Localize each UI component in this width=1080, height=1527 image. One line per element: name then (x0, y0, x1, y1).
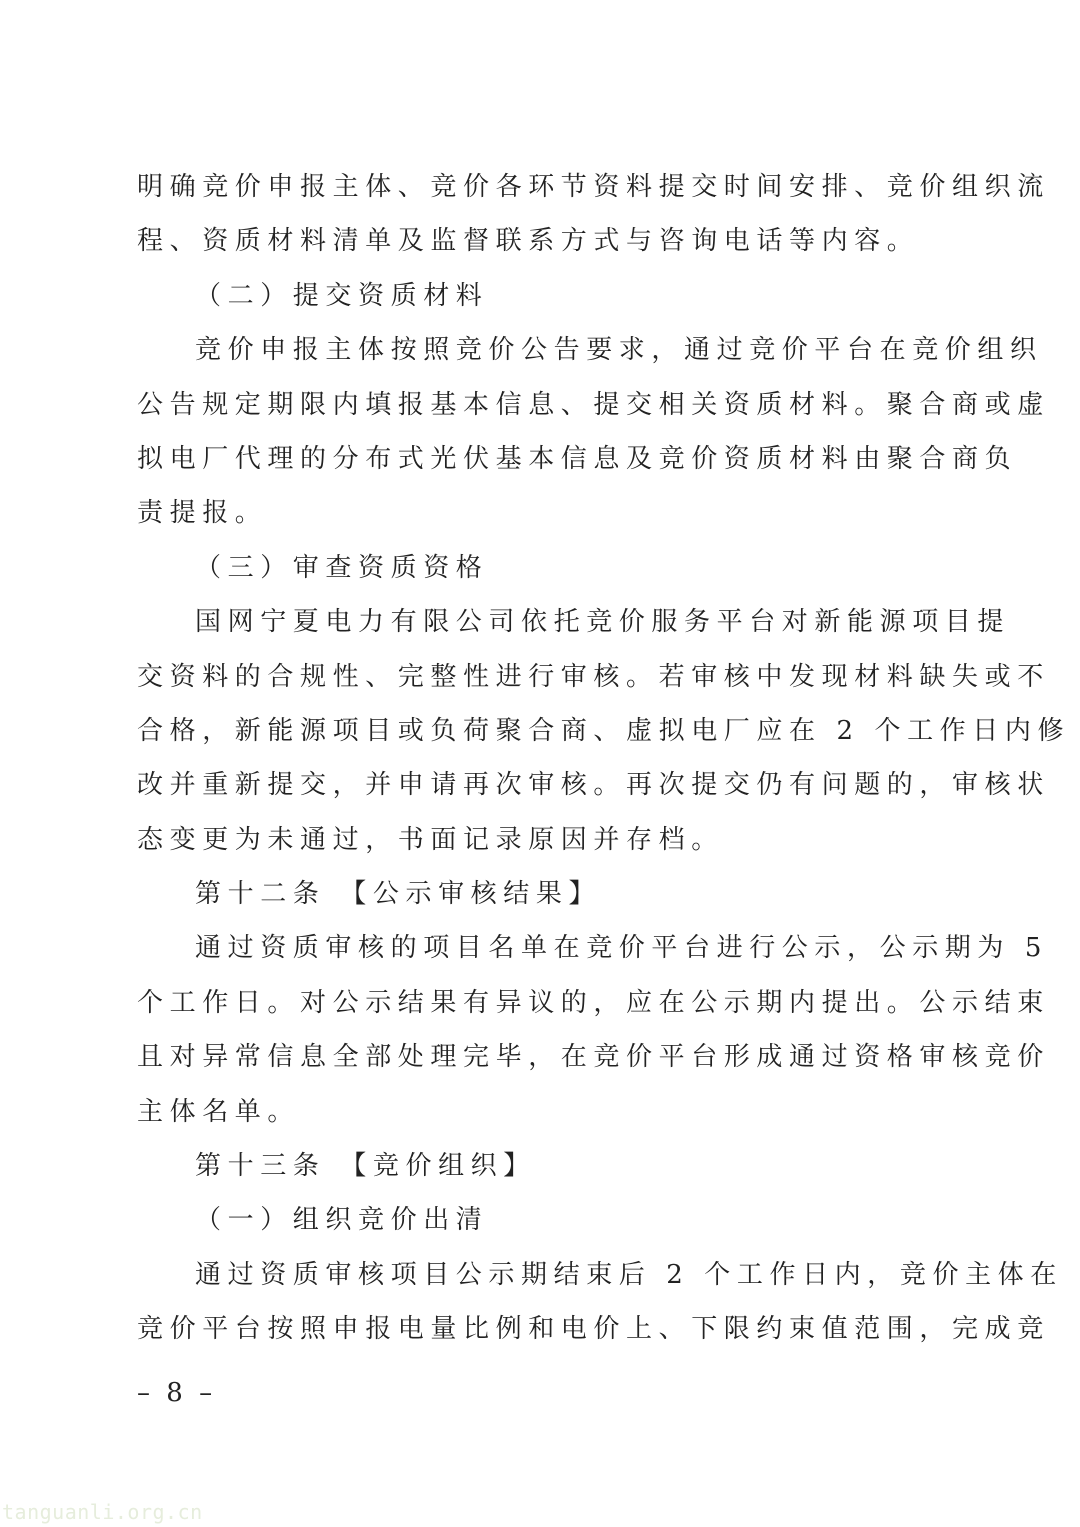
paragraph-start: 通过资质审核的项目名单在竞价平台进行公示，公示期为 5 (137, 921, 937, 975)
document-page: 明确竞价申报主体、竞价各环节资料提交时间安排、竞价组织流 程、资质材料清单及监督… (0, 0, 1080, 1527)
body-line: 个工作日。对公示结果有异议的，应在公示期内提出。公示结束 (137, 976, 937, 1030)
section-heading-review-qualification: （三）审查资质资格 (137, 541, 937, 595)
body-line: 态变更为未通过，书面记录原因并存档。 (137, 813, 937, 867)
body-line: 合格，新能源项目或负荷聚合商、虚拟电厂应在 2 个工作日内修 (137, 704, 937, 758)
section-heading-submit-materials: （二）提交资质材料 (137, 269, 937, 323)
body-line: 拟电厂代理的分布式光伏基本信息及竞价资质材料由聚合商负 (137, 432, 937, 486)
body-line: 改并重新提交，并申请再次审核。再次提交仍有问题的，审核状 (137, 758, 937, 812)
paragraph-start: 竞价申报主体按照竞价公告要求，通过竞价平台在竞价组织 (137, 323, 937, 377)
paragraph-start: 国网宁夏电力有限公司依托竞价服务平台对新能源项目提 (137, 595, 937, 649)
section-heading-organize-clearing: （一）组织竞价出清 (137, 1193, 937, 1247)
body-line: 责提报。 (137, 486, 937, 540)
page-number: – 8 – (137, 1378, 216, 1408)
article-heading-12: 第十二条 【公示审核结果】 (137, 867, 937, 921)
paragraph-start: 通过资质审核项目公示期结束后 2 个工作日内，竞价主体在 (137, 1248, 937, 1302)
body-line: 明确竞价申报主体、竞价各环节资料提交时间安排、竞价组织流 (137, 160, 937, 214)
body-line: 公告规定期限内填报基本信息、提交相关资质材料。聚合商或虚 (137, 378, 937, 432)
body-line: 主体名单。 (137, 1085, 937, 1139)
body-line: 程、资质材料清单及监督联系方式与咨询电话等内容。 (137, 214, 937, 268)
document-body: 明确竞价申报主体、竞价各环节资料提交时间安排、竞价组织流 程、资质材料清单及监督… (137, 160, 937, 1357)
body-line: 交资料的合规性、完整性进行审核。若审核中发现材料缺失或不 (137, 650, 937, 704)
watermark-text: tanguanli.org.cn (2, 1500, 203, 1524)
body-line: 且对异常信息全部处理完毕，在竞价平台形成通过资格审核竞价 (137, 1030, 937, 1084)
body-line: 竞价平台按照申报电量比例和电价上、下限约束值范围，完成竞 (137, 1302, 937, 1356)
article-heading-13: 第十三条 【竞价组织】 (137, 1139, 937, 1193)
